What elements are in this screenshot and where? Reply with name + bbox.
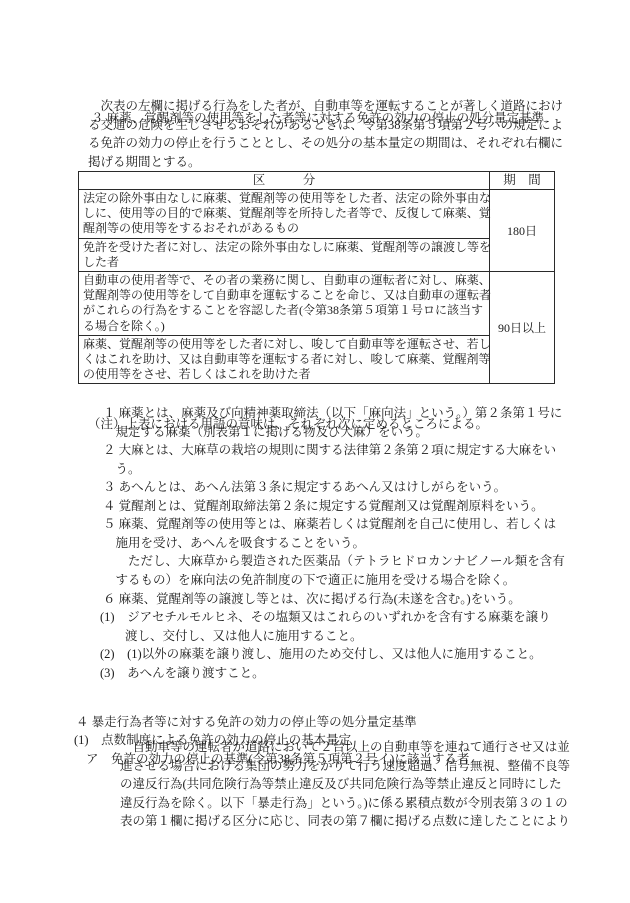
note-item-3: ３ あへんとは、あへん法第３条に規定するあへん又はけしがらをいう。	[103, 478, 506, 497]
document-page: ３ 麻薬、覚醒剤等の使用等をした者等に対する免許の効力の停止の処分量定基準 次表…	[0, 0, 630, 903]
note-item-5: ５ 麻薬、覚醒剤等の使用等とは、麻薬若しくは覚醒剤を自己に使用し、若しくは 施用…	[103, 515, 565, 589]
text-line: ただし、大麻草から製造された医薬品（テトラヒドロカンナビノール類を含有	[103, 552, 565, 571]
table-row: 法定の除外事由なしに麻薬、覚醒剤等の使用等をした者、法定の除外事由なしに、使用等…	[79, 190, 555, 239]
text-line: するもの）を麻向法の免許制度の下で適正に施用を受ける場合を除く。	[103, 571, 565, 590]
text-line: 進させる場合における集団の勢力をかりて行う速度超過、信号無視、整備不良等	[120, 757, 570, 776]
text-line: 醒剤等の使用等をするおそれがあるもの	[83, 221, 487, 236]
text-line: る免許の効力の停止を行うこととし、その処分の基本量定の期間は、それぞれ右欄に	[88, 134, 563, 153]
text-line: 施用を受け、あへんを吸食することをいう。	[103, 534, 565, 553]
text-line: くはこれを助け、又は自動車等を運転する者に対し、唆して麻薬、覚醒剤等	[83, 352, 487, 367]
text-line: した者	[83, 255, 487, 270]
text-line: 規定する麻薬（別表第１に掲げる物及び大麻）をいう。	[103, 423, 562, 442]
text-line: る場合を除く。)	[83, 319, 487, 334]
period-cell-180: 180日	[490, 190, 555, 272]
text-line: １ 麻薬とは、麻薬及び向精神薬取締法（以下「麻向法」という。）第２条第１号に	[103, 404, 562, 423]
text-line: 違反行為を除く。以下「暴走行為」という。)に係る累積点数が令別表第３の１の	[120, 794, 570, 813]
text-line: 次表の左欄に掲げる行為をした者が、自動車等を運転することが著しく道路におけ	[88, 97, 563, 116]
table-header-category: 区 分	[79, 172, 490, 190]
table-row: 免許を受けた者に対し、法定の除外事由なしに麻薬、覚醒剤等の譲渡し等をした者	[79, 238, 555, 271]
text-line: 免許を受けた者に対し、法定の除外事由なしに麻薬、覚醒剤等の譲渡し等を	[83, 240, 487, 255]
section3-intro-paragraph: 次表の左欄に掲げる行為をした者が、自動車等を運転することが著しく道路における交通…	[88, 97, 563, 171]
text-line: (3) あへんを譲り渡すこと。	[100, 664, 265, 683]
table-row: 自動車の使用者等で、その者の業務に関し、自動車の運転者に対し、麻薬、覚醒剤等の使…	[79, 271, 555, 335]
text-line: 法定の除外事由なしに麻薬、覚醒剤等の使用等をした者、法定の除外事由な	[83, 191, 487, 206]
text-line: 自動車等の運転者が道路において２台以上の自動車等を連ねて通行させ又は並	[120, 738, 570, 757]
note-item-6: ６ 麻薬、覚醒剤等の譲渡し等とは、次に掲げる行為(未遂を含む。)をいう。	[103, 590, 521, 609]
text-line: 麻薬、覚醒剤等の使用等をした者に対し、唆して自動車等を運転させ、若し	[83, 337, 487, 352]
table-header-period: 期 間	[490, 172, 555, 190]
text-line: う。	[103, 460, 556, 479]
text-line: がこれらの行為をすることを容認した者(令第38条第５項第１号ロに該当す	[83, 303, 487, 318]
text-line: ３ あへんとは、あへん法第３条に規定するあへん又はけしがらをいう。	[103, 478, 506, 497]
text-line: (2) (1)以外の麻薬を譲り渡し、施用のため交付し、又は他人に施用すること。	[100, 645, 542, 664]
text-line: ４ 覚醒剤とは、覚醒剤取締法第２条に規定する覚醒剤又は覚醒剤原料をいう。	[103, 497, 544, 516]
note-item-2: ２ 大麻とは、大麻草の栽培の規則に関する法律第２条第２項に規定する大麻をい う。	[103, 441, 556, 478]
note-subitem-3: (3) あへんを譲り渡すこと。	[100, 664, 265, 683]
text-line: (1) ジアセチルモルヒネ、その塩類又はこれらのいずれかを含有する麻薬を譲り	[100, 608, 551, 627]
penalty-period-table: 区 分 期 間 法定の除外事由なしに麻薬、覚醒剤等の使用等をした者、法定の除外事…	[78, 171, 555, 384]
text-line: の使用等をさせ、若しくはこれを助けた者	[83, 367, 487, 382]
text-line: ２ 大麻とは、大麻草の栽培の規則に関する法律第２条第２項に規定する大麻をい	[103, 441, 556, 460]
text-line: 覚醒剤等の使用等をして自動車を運転することを命じ、又は自動車の運転者	[83, 288, 487, 303]
category-cell-4: 麻薬、覚醒剤等の使用等をした者に対し、唆して自動車等を運転させ、若しくはこれを助…	[79, 335, 490, 384]
text-line: 渡し、交付し、又は他人に施用すること。	[100, 627, 551, 646]
category-cell-2: 免許を受けた者に対し、法定の除外事由なしに麻薬、覚醒剤等の譲渡し等をした者	[79, 238, 490, 271]
note-item-1: １ 麻薬とは、麻薬及び向精神薬取締法（以下「麻向法」という。）第２条第１号に 規…	[103, 404, 562, 441]
note-subitem-2: (2) (1)以外の麻薬を譲り渡し、施用のため交付し、又は他人に施用すること。	[100, 645, 542, 664]
section4-body-paragraph: 自動車等の運転者が道路において２台以上の自動車等を連ねて通行させ又は並進させる場…	[120, 738, 570, 831]
text-line: 自動車の使用者等で、その者の業務に関し、自動車の運転者に対し、麻薬、	[83, 273, 487, 288]
text-line: 表の第１欄に掲げる区分に応じ、同表の第７欄に掲げる点数に達したことにより	[120, 812, 570, 831]
note-item-4: ４ 覚醒剤とは、覚醒剤取締法第２条に規定する覚醒剤又は覚醒剤原料をいう。	[103, 497, 544, 516]
category-cell-1: 法定の除外事由なしに麻薬、覚醒剤等の使用等をした者、法定の除外事由なしに、使用等…	[79, 190, 490, 239]
note-subitem-1: (1) ジアセチルモルヒネ、その塩類又はこれらのいずれかを含有する麻薬を譲り 渡…	[100, 608, 551, 645]
text-line: ６ 麻薬、覚醒剤等の譲渡し等とは、次に掲げる行為(未遂を含む。)をいう。	[103, 590, 521, 609]
table-header-row: 区 分 期 間	[79, 172, 555, 190]
text-line: ５ 麻薬、覚醒剤等の使用等とは、麻薬若しくは覚醒剤を自己に使用し、若しくは	[103, 515, 565, 534]
text-line: しに、使用等の目的で麻薬、覚醒剤等を所持した者等で、反復して麻薬、覚	[83, 206, 487, 221]
text-line: 掲げる期間とする。	[88, 153, 563, 172]
period-cell-90: 90日以上	[490, 271, 555, 383]
category-cell-3: 自動車の使用者等で、その者の業務に関し、自動車の運転者に対し、麻薬、覚醒剤等の使…	[79, 271, 490, 335]
text-line: の違反行為(共同危険行為等禁止違反及び共同危険行為等禁止違反と同時にした	[120, 775, 570, 794]
table-row: 麻薬、覚醒剤等の使用等をした者に対し、唆して自動車等を運転させ、若しくはこれを助…	[79, 335, 555, 384]
text-line: る交通の危険を生じさせるおそれがあるときは、令第38条第５項第２号ハの規定によ	[88, 116, 563, 135]
